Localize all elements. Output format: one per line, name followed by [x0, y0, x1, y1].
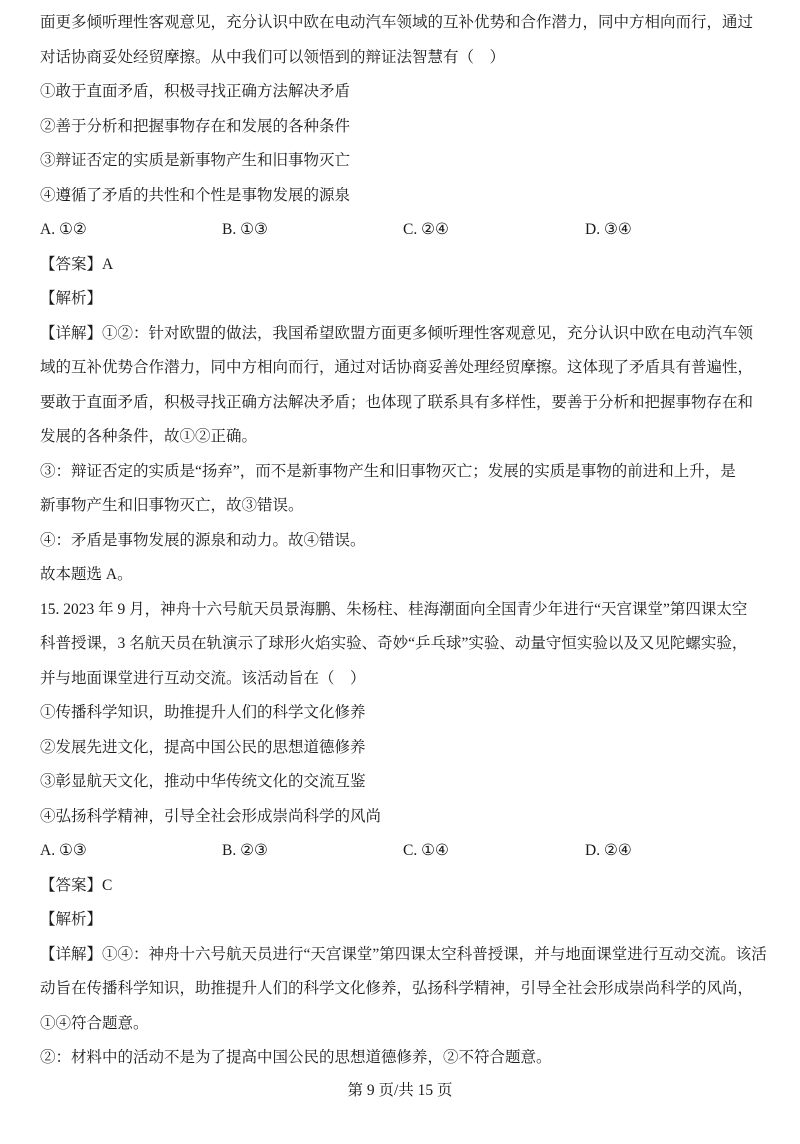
q15-option-c: C. ①④ [403, 834, 585, 869]
q15-option-d: D. ②④ [585, 834, 762, 869]
q15-detail-line-2: 动旨在传播科学知识，助推提升人们的科学文化修养，弘扬科学精神，引导全社会形成崇尚… [40, 972, 762, 1007]
q14-detail-line-1: 【详解】①②：针对欧盟的做法，我国希望欧盟方面更多倾听理性客观意见，充分认识中欧… [40, 317, 762, 352]
q14-item-4: ④遵循了矛盾的共性和个性是事物发展的源泉 [40, 179, 762, 214]
q14-item-3: ③辩证否定的实质是新事物产生和旧事物灭亡 [40, 144, 762, 179]
q14-item-2: ②善于分析和把握事物存在和发展的各种条件 [40, 110, 762, 145]
q15-item-3: ③彰显航天文化，推动中华传统文化的交流互鉴 [40, 765, 762, 800]
q14-stem-line-1: 面更多倾听理性客观意见，充分认识中欧在电动汽车领域的互补优势和合作潜力，同中方相… [40, 6, 762, 41]
q15-detail-line-4: ②：材料中的活动不是为了提高中国公民的思想道德修养，②不符合题意。 [40, 1041, 762, 1076]
question-15-block: 15. 2023 年 9 月，神舟十六号航天员景海鹏、朱杨柱、桂海潮面向全国青少… [40, 593, 762, 1076]
q14-item-1: ①敢于直面矛盾，积极寻找正确方法解决矛盾 [40, 75, 762, 110]
q15-option-a: A. ①③ [40, 834, 222, 869]
q14-option-d: D. ③④ [585, 213, 762, 248]
q14-analysis-line: 【解析】 [40, 282, 762, 317]
q15-detail-line-3: ①④符合题意。 [40, 1007, 762, 1042]
q14-stem-line-2: 对话协商妥处经贸摩擦。从中我们可以领悟到的辩证法智慧有（ ） [40, 41, 762, 76]
q15-stem-line-2: 科普授课，3 名航天员在轨演示了球形火焰实验、奇妙“乒乓球”实验、动量守恒实验以… [40, 627, 762, 662]
q14-answer-line: 【答案】A [40, 248, 762, 283]
q14-answer-value: A [102, 256, 113, 273]
q15-options-row: A. ①③ B. ②③ C. ①④ D. ②④ [40, 834, 762, 869]
q14-detail-line-2: 域的互补优势合作潜力，同中方相向而行，通过对话协商妥善处理经贸摩擦。这体现了矛盾… [40, 351, 762, 386]
q14-options-row: A. ①② B. ①③ C. ②④ D. ③④ [40, 213, 762, 248]
q14-detail-line-5: ③：辩证否定的实质是“扬弃”，而不是新事物产生和旧事物灭亡；发展的实质是事物的前… [40, 455, 762, 490]
q15-stem-line-1: 15. 2023 年 9 月，神舟十六号航天员景海鹏、朱杨柱、桂海潮面向全国青少… [40, 593, 762, 628]
q15-item-1: ①传播科学知识，助推提升人们的科学文化修养 [40, 696, 762, 731]
q15-answer-value: C [102, 877, 112, 894]
q15-analysis-label: 【解析】 [40, 911, 102, 928]
q14-option-b: B. ①③ [222, 213, 403, 248]
q14-analysis-label: 【解析】 [40, 290, 102, 307]
q15-answer-line: 【答案】C [40, 869, 762, 904]
q15-detail-line-1: 【详解】①④：神舟十六号航天员进行“天宫课堂”第四课太空科普授课，并与地面课堂进… [40, 938, 762, 973]
q14-detail-line-6: 新事物产生和旧事物灭亡，故③错误。 [40, 489, 762, 524]
question-14-block: 面更多倾听理性客观意见，充分认识中欧在电动汽车领域的互补优势和合作潜力，同中方相… [40, 6, 762, 593]
document-page: 面更多倾听理性客观意见，充分认识中欧在电动汽车领域的互补优势和合作潜力，同中方相… [0, 0, 800, 1144]
q14-option-a: A. ①② [40, 213, 222, 248]
q14-detail-line-7: ④：矛盾是事物发展的源泉和动力。故④错误。 [40, 524, 762, 559]
q14-option-c: C. ②④ [403, 213, 585, 248]
page-number-footer: 第 9 页/共 15 页 [38, 1076, 762, 1106]
q15-analysis-line: 【解析】 [40, 903, 762, 938]
q15-item-2: ②发展先进文化，提高中国公民的思想道德修养 [40, 731, 762, 766]
q15-option-b: B. ②③ [222, 834, 403, 869]
q14-answer-label: 【答案】 [40, 256, 102, 273]
q15-item-4: ④弘扬科学精神，引导全社会形成崇尚科学的风尚 [40, 800, 762, 835]
q15-stem-line-3: 并与地面课堂进行互动交流。该活动旨在（ ） [40, 662, 762, 697]
q14-detail-line-4: 发展的各种条件，故①②正确。 [40, 420, 762, 455]
q14-detail-line-3: 要敢于直面矛盾，积极寻找正确方法解决矛盾；也体现了联系具有多样性，要善于分析和把… [40, 386, 762, 421]
q15-answer-label: 【答案】 [40, 877, 102, 894]
q14-conclusion-line: 故本题选 A。 [40, 558, 762, 593]
